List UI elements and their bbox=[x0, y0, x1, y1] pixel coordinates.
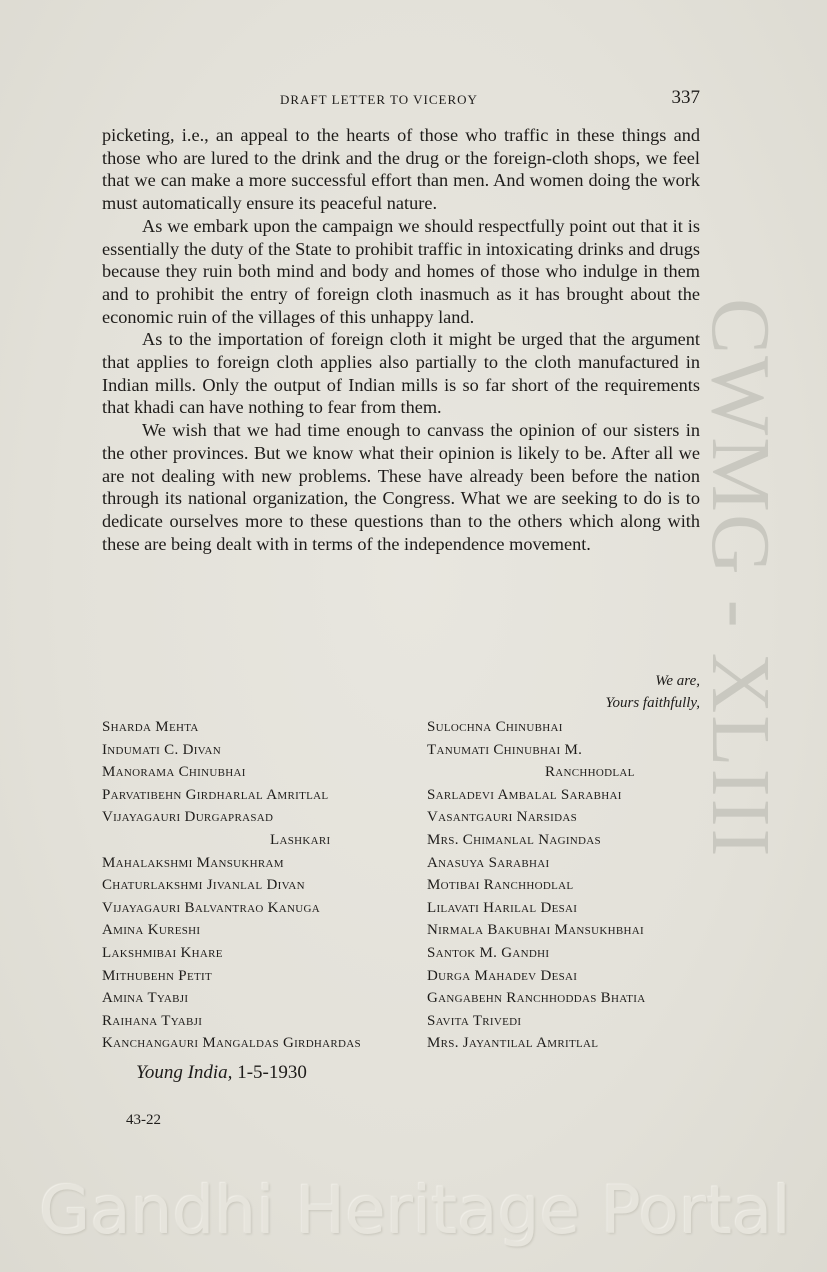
portal-watermark: Gandhi Heritage Portal bbox=[10, 1178, 820, 1244]
closing-line: We are, bbox=[606, 670, 700, 692]
page-number: 337 bbox=[672, 87, 701, 109]
paragraph: As to the importation of foreign cloth i… bbox=[102, 328, 700, 419]
signatory: Kanchangauri Mangaldas Girdhardas bbox=[102, 1032, 422, 1055]
paragraph: As we embark upon the campaign we should… bbox=[102, 215, 700, 329]
signatory: Tanumati Chinubhai M. bbox=[427, 739, 707, 762]
signatory: Vasantgauri Narsidas bbox=[427, 806, 707, 829]
signatory-continuation: Ranchhodlal bbox=[427, 761, 707, 784]
signatories-right-column: Sulochna Chinubhai Tanumati Chinubhai M.… bbox=[427, 716, 707, 1055]
source-citation: Young India, 1-5-1930 bbox=[136, 1062, 307, 1084]
publication-name: Young India, bbox=[136, 1062, 232, 1083]
closing-line: Yours faithfully, bbox=[606, 692, 700, 714]
letter-body: picketing, i.e., an appeal to the hearts… bbox=[102, 124, 700, 555]
signatory: Gangabehn Ranchhoddas Bhatia bbox=[427, 987, 707, 1010]
signatory: Vijayagauri Balvantrao Kanuga bbox=[102, 897, 422, 920]
signatory: Mahalakshmi Mansukhram bbox=[102, 852, 422, 875]
signatory: Lakshmibai Khare bbox=[102, 942, 422, 965]
signatory: Sarladevi Ambalal Sarabhai bbox=[427, 784, 707, 807]
printer-signature-mark: 43-22 bbox=[126, 1112, 161, 1129]
signatory: Durga Mahadev Desai bbox=[427, 965, 707, 988]
signatory: Chaturlakshmi Jivanlal Divan bbox=[102, 874, 422, 897]
running-title: Draft Letter to Viceroy bbox=[280, 92, 478, 108]
signatory: Mithubehn Petit bbox=[102, 965, 422, 988]
paragraph: We wish that we had time enough to canva… bbox=[102, 419, 700, 555]
signatory: Motibai Ranchhodlal bbox=[427, 874, 707, 897]
signatory: Mrs. Jayantilal Amritlal bbox=[427, 1032, 707, 1055]
running-head: Draft Letter to Viceroy 337 bbox=[102, 88, 700, 112]
signatory-continuation: Lashkari bbox=[102, 829, 422, 852]
signatory: Amina Tyabji bbox=[102, 987, 422, 1010]
signatory: Lilavati Harilal Desai bbox=[427, 897, 707, 920]
paragraph: picketing, i.e., an appeal to the hearts… bbox=[102, 124, 700, 215]
signatory: Amina Kureshi bbox=[102, 919, 422, 942]
signatory: Indumati C. Divan bbox=[102, 739, 422, 762]
signatory: Sulochna Chinubhai bbox=[427, 716, 707, 739]
publication-date: 1-5-1930 bbox=[237, 1062, 307, 1083]
cwmg-volume-watermark: CWMG - XLIII bbox=[698, 298, 782, 859]
signatory: Mrs. Chimanlal Nagindas bbox=[427, 829, 707, 852]
signatory: Sharda Mehta bbox=[102, 716, 422, 739]
signatories-left-column: Sharda Mehta Indumati C. Divan Manorama … bbox=[102, 716, 422, 1055]
signatory: Raihana Tyabji bbox=[102, 1010, 422, 1033]
letter-closing: We are, Yours faithfully, bbox=[606, 670, 700, 714]
signatory: Anasuya Sarabhai bbox=[427, 852, 707, 875]
signatory: Parvatibehn Girdharlal Amritlal bbox=[102, 784, 422, 807]
signatory: Nirmala Bakubhai Mansukhbhai bbox=[427, 919, 707, 942]
signatory: Savita Trivedi bbox=[427, 1010, 707, 1033]
signatory: Vijayagauri Durgaprasad bbox=[102, 806, 422, 829]
signatory: Santok M. Gandhi bbox=[427, 942, 707, 965]
signatory: Manorama Chinubhai bbox=[102, 761, 422, 784]
